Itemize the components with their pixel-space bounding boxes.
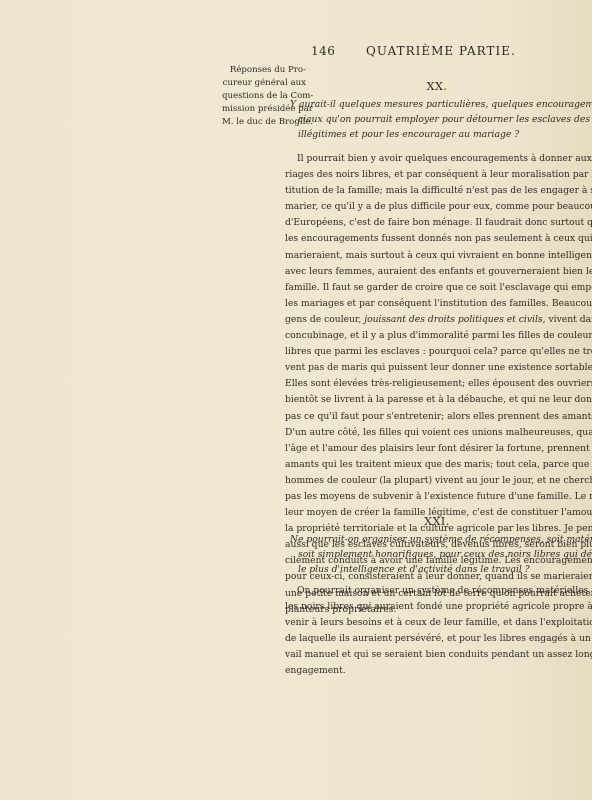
running-head: QUATRIÈME PARTIE. bbox=[366, 44, 516, 58]
answer-line: marier, ce qu'il y a de plus difficile p… bbox=[285, 199, 592, 215]
answer-line: amants qui les traitent mieux que des ma… bbox=[285, 457, 592, 473]
answer-line: vent pas de maris qui puissent leur donn… bbox=[285, 360, 592, 376]
italic-phrase: jouissant des droits politiques et civil… bbox=[364, 314, 542, 325]
question-line: ciaux qu'on pourrait employer pour détou… bbox=[298, 112, 592, 127]
answer-line: pas les moyens de subvenir à l'existence… bbox=[285, 489, 592, 505]
question-line: Y aurait-il quelques mesures particulièr… bbox=[290, 97, 592, 112]
section-number-xx: XX. bbox=[282, 80, 592, 93]
answer-line: les mariages et par conséquent l'institu… bbox=[285, 296, 592, 312]
answer-line: vail manuel et qui se seraient bien cond… bbox=[285, 647, 592, 663]
answer-line: D'un autre côté, les filles qui voient c… bbox=[285, 425, 592, 441]
question-line: illégitimes et pour les encourager au ma… bbox=[298, 127, 592, 142]
answer-line: famille. Il faut se garder de croire que… bbox=[285, 280, 592, 296]
section-number-xxi: XXI. bbox=[282, 515, 592, 528]
answer-line: marieraient, mais surtout à ceux qui viv… bbox=[285, 248, 592, 264]
answer-line: pas ce qu'il faut pour s'entretenir; alo… bbox=[285, 409, 592, 425]
answer-line: venir à leurs besoins et à ceux de leur … bbox=[285, 615, 592, 631]
page-number: 146 bbox=[311, 44, 335, 58]
answer-line: libres que parmi les esclaves : pourquoi… bbox=[285, 344, 592, 360]
answer-line: riages des noirs libres, et par conséque… bbox=[285, 167, 592, 183]
question-line: le plus d'intelligence et d'activité dan… bbox=[298, 562, 592, 577]
answer-line: de laquelle ils auraient persévéré, et p… bbox=[285, 631, 592, 647]
answer-line: gens de couleur, jouissant des droits po… bbox=[285, 312, 592, 328]
answer-line: concubinage, et il y a plus d'immoralité… bbox=[285, 328, 592, 344]
answer-line: titution de la famille; mais la difficul… bbox=[285, 183, 592, 199]
answer-line: On pourrait organiser un système de réco… bbox=[285, 583, 592, 599]
question-xxi: Ne pourrait-on organiser un système de r… bbox=[298, 532, 592, 577]
question-line: soit simplement honorifiques, pour ceux … bbox=[298, 547, 592, 562]
margin-note-line: M. le duc de Broglie. bbox=[222, 116, 306, 129]
answer-line: engagement. bbox=[285, 663, 592, 679]
answer-xxi: On pourrait organiser un système de réco… bbox=[285, 583, 592, 680]
question-line: Ne pourrait-on organiser un système de r… bbox=[290, 532, 592, 547]
answer-line: les encouragements fussent donnés non pa… bbox=[285, 231, 592, 247]
margin-note-line: Réponses du Pro- bbox=[222, 64, 306, 77]
answer-line: hommes de couleur (la plupart) vivent au… bbox=[285, 473, 592, 489]
answer-line: d'Européens, c'est de faire bon ménage. … bbox=[285, 215, 592, 231]
answer-line: avec leurs femmes, auraient des enfants … bbox=[285, 264, 592, 280]
answer-line: bientôt se livrent à la paresse et à la … bbox=[285, 392, 592, 408]
answer-line: les noirs libres qui auraient fondé une … bbox=[285, 599, 592, 615]
answer-line: l'âge et l'amour des plaisirs leur font … bbox=[285, 441, 592, 457]
answer-line: Il pourrait bien y avoir quelques encour… bbox=[285, 151, 592, 167]
answer-line: Elles sont élevées très-religieusement; … bbox=[285, 376, 592, 392]
question-xx: Y aurait-il quelques mesures particulièr… bbox=[298, 97, 592, 142]
